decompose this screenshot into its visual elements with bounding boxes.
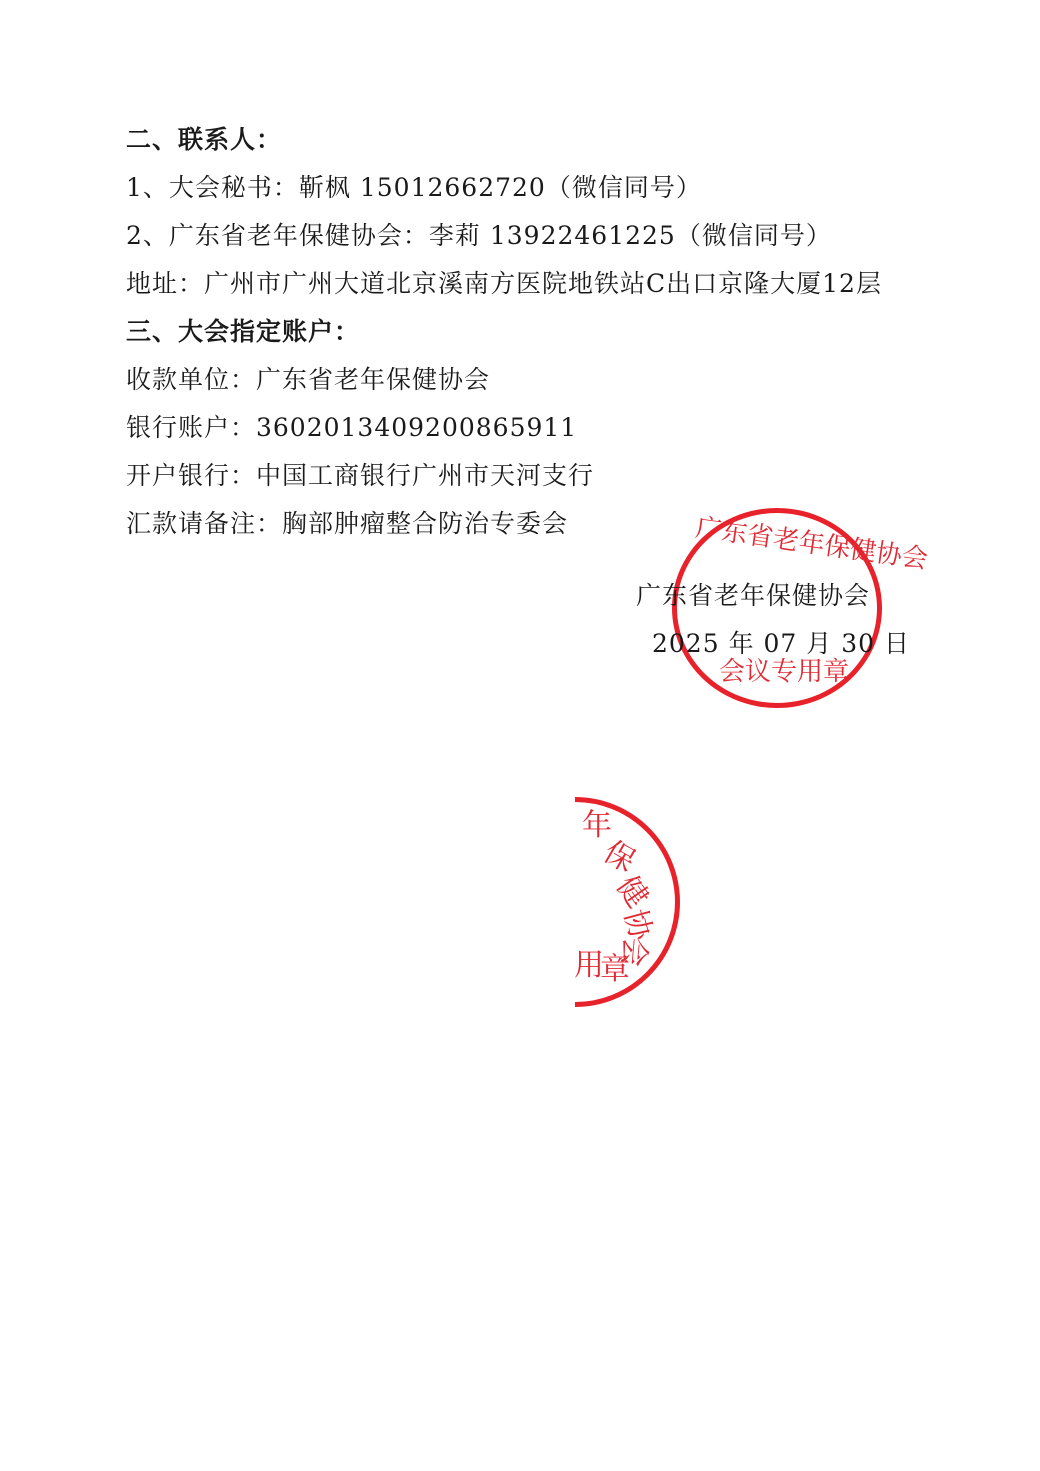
contact-association: 2、广东省老年保健协会：李莉 13922461225（微信同号）: [126, 220, 832, 252]
partial-seal-char: 年: [582, 800, 612, 844]
contact-secretary: 1、大会秘书：靳枫 15012662720（微信同号）: [126, 172, 702, 204]
payee: 收款单位：广东省老年保健协会: [126, 364, 490, 396]
contacts-heading: 二、联系人：: [126, 124, 282, 156]
signature-date: 2025 年 07 月 30 日: [652, 628, 910, 660]
bank-account: 银行账户：3602013409200865911: [126, 412, 577, 444]
partial-seal-char: 章: [600, 944, 630, 988]
remittance-remark: 汇款请备注：胸部肿瘤整合防治专委会: [126, 508, 568, 540]
seal-arc-text: 广东省老年保健协会: [694, 507, 931, 576]
signature-organization: 广东省老年保健协会: [636, 580, 870, 612]
bank-name: 开户银行：中国工商银行广州市天河支行: [126, 460, 594, 492]
account-heading: 三、大会指定账户：: [126, 316, 360, 348]
address: 地址：广州市广州大道北京溪南方医院地铁站C出口京隆大厦12层: [126, 268, 882, 300]
